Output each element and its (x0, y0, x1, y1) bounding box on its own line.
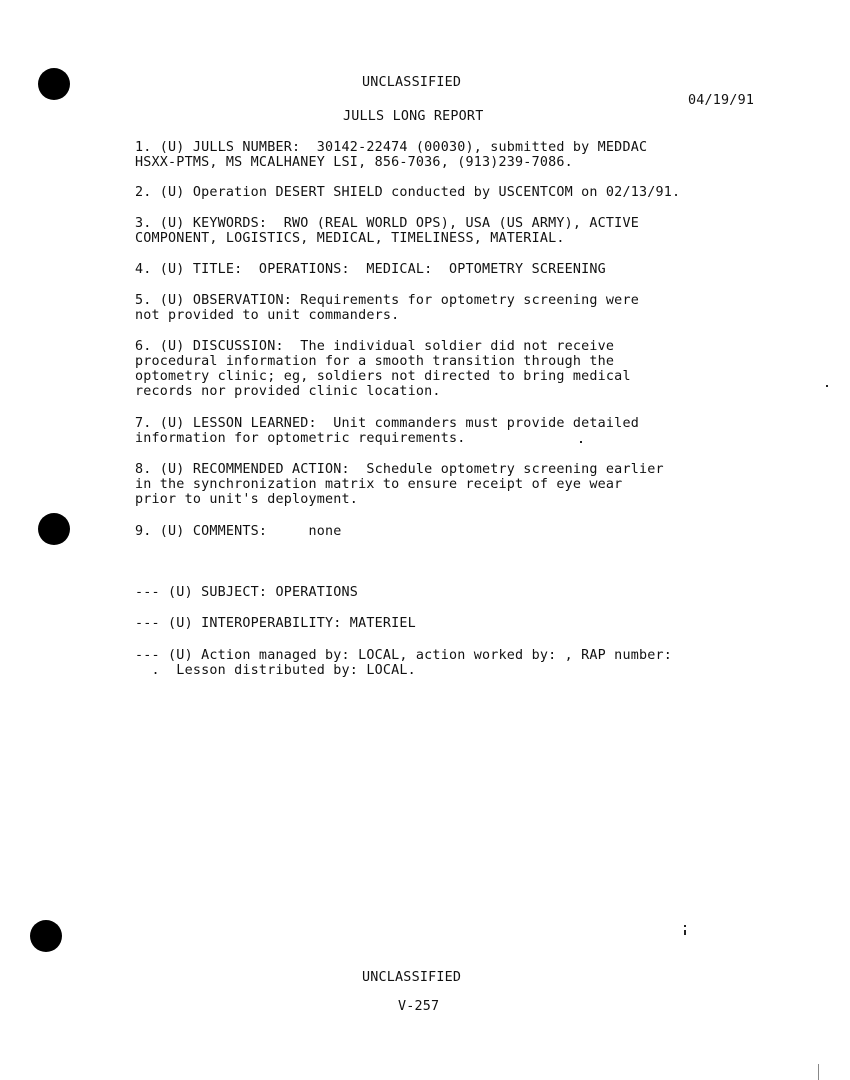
item-8-line-3: prior to unit's deployment. (135, 492, 358, 507)
note-action-line-1: --- (U) Action managed by: LOCAL, action… (135, 648, 672, 663)
classification-top: UNCLASSIFIED (362, 75, 461, 90)
item-1-line-2: HSXX-PTMS, MS MCALHANEY LSI, 856-7036, (… (135, 155, 573, 170)
item-5-line-2: not provided to unit commanders. (135, 308, 399, 323)
item-9-line-1: 9. (U) COMMENTS: none (135, 524, 342, 539)
note-action-line-2: . Lesson distributed by: LOCAL. (135, 663, 416, 678)
item-7-line-1: 7. (U) LESSON LEARNED: Unit commanders m… (135, 416, 639, 431)
item-2-line-1: 2. (U) Operation DESERT SHIELD conducted… (135, 185, 680, 200)
item-6-line-4: records nor provided clinic location. (135, 384, 441, 399)
item-8-line-2: in the synchronization matrix to ensure … (135, 477, 622, 492)
report-title: JULLS LONG REPORT (343, 109, 483, 124)
item-7-line-2: information for optometric requirements. (135, 431, 465, 446)
document-page: UNCLASSIFIED 04/19/91 JULLS LONG REPORT … (0, 0, 850, 1080)
punch-hole-bottom (30, 920, 62, 952)
note-subject: --- (U) SUBJECT: OPERATIONS (135, 585, 358, 600)
scan-speck (826, 385, 828, 387)
scan-speck (684, 930, 686, 935)
item-4-line-1: 4. (U) TITLE: OPERATIONS: MEDICAL: OPTOM… (135, 262, 606, 277)
item-3-line-2: COMPONENT, LOGISTICS, MEDICAL, TIMELINES… (135, 231, 565, 246)
punch-hole-top (38, 68, 70, 100)
report-date: 04/19/91 (688, 93, 754, 108)
scan-speck (580, 441, 582, 443)
item-8-line-1: 8. (U) RECOMMENDED ACTION: Schedule opto… (135, 462, 664, 477)
punch-hole-middle (38, 513, 70, 545)
item-3-line-1: 3. (U) KEYWORDS: RWO (REAL WORLD OPS), U… (135, 216, 639, 231)
scan-edge-mark (818, 1064, 819, 1080)
item-6-line-2: procedural information for a smooth tran… (135, 354, 614, 369)
item-5-line-1: 5. (U) OBSERVATION: Requirements for opt… (135, 293, 639, 308)
page-number: V-257 (398, 999, 439, 1014)
note-interoperability: --- (U) INTEROPERABILITY: MATERIEL (135, 616, 416, 631)
item-6-line-1: 6. (U) DISCUSSION: The individual soldie… (135, 339, 614, 354)
classification-bottom: UNCLASSIFIED (362, 970, 461, 985)
item-6-line-3: optometry clinic; eg, soldiers not direc… (135, 369, 631, 384)
item-1-line-1: 1. (U) JULLS NUMBER: 30142-22474 (00030)… (135, 140, 647, 155)
scan-speck (684, 925, 686, 927)
